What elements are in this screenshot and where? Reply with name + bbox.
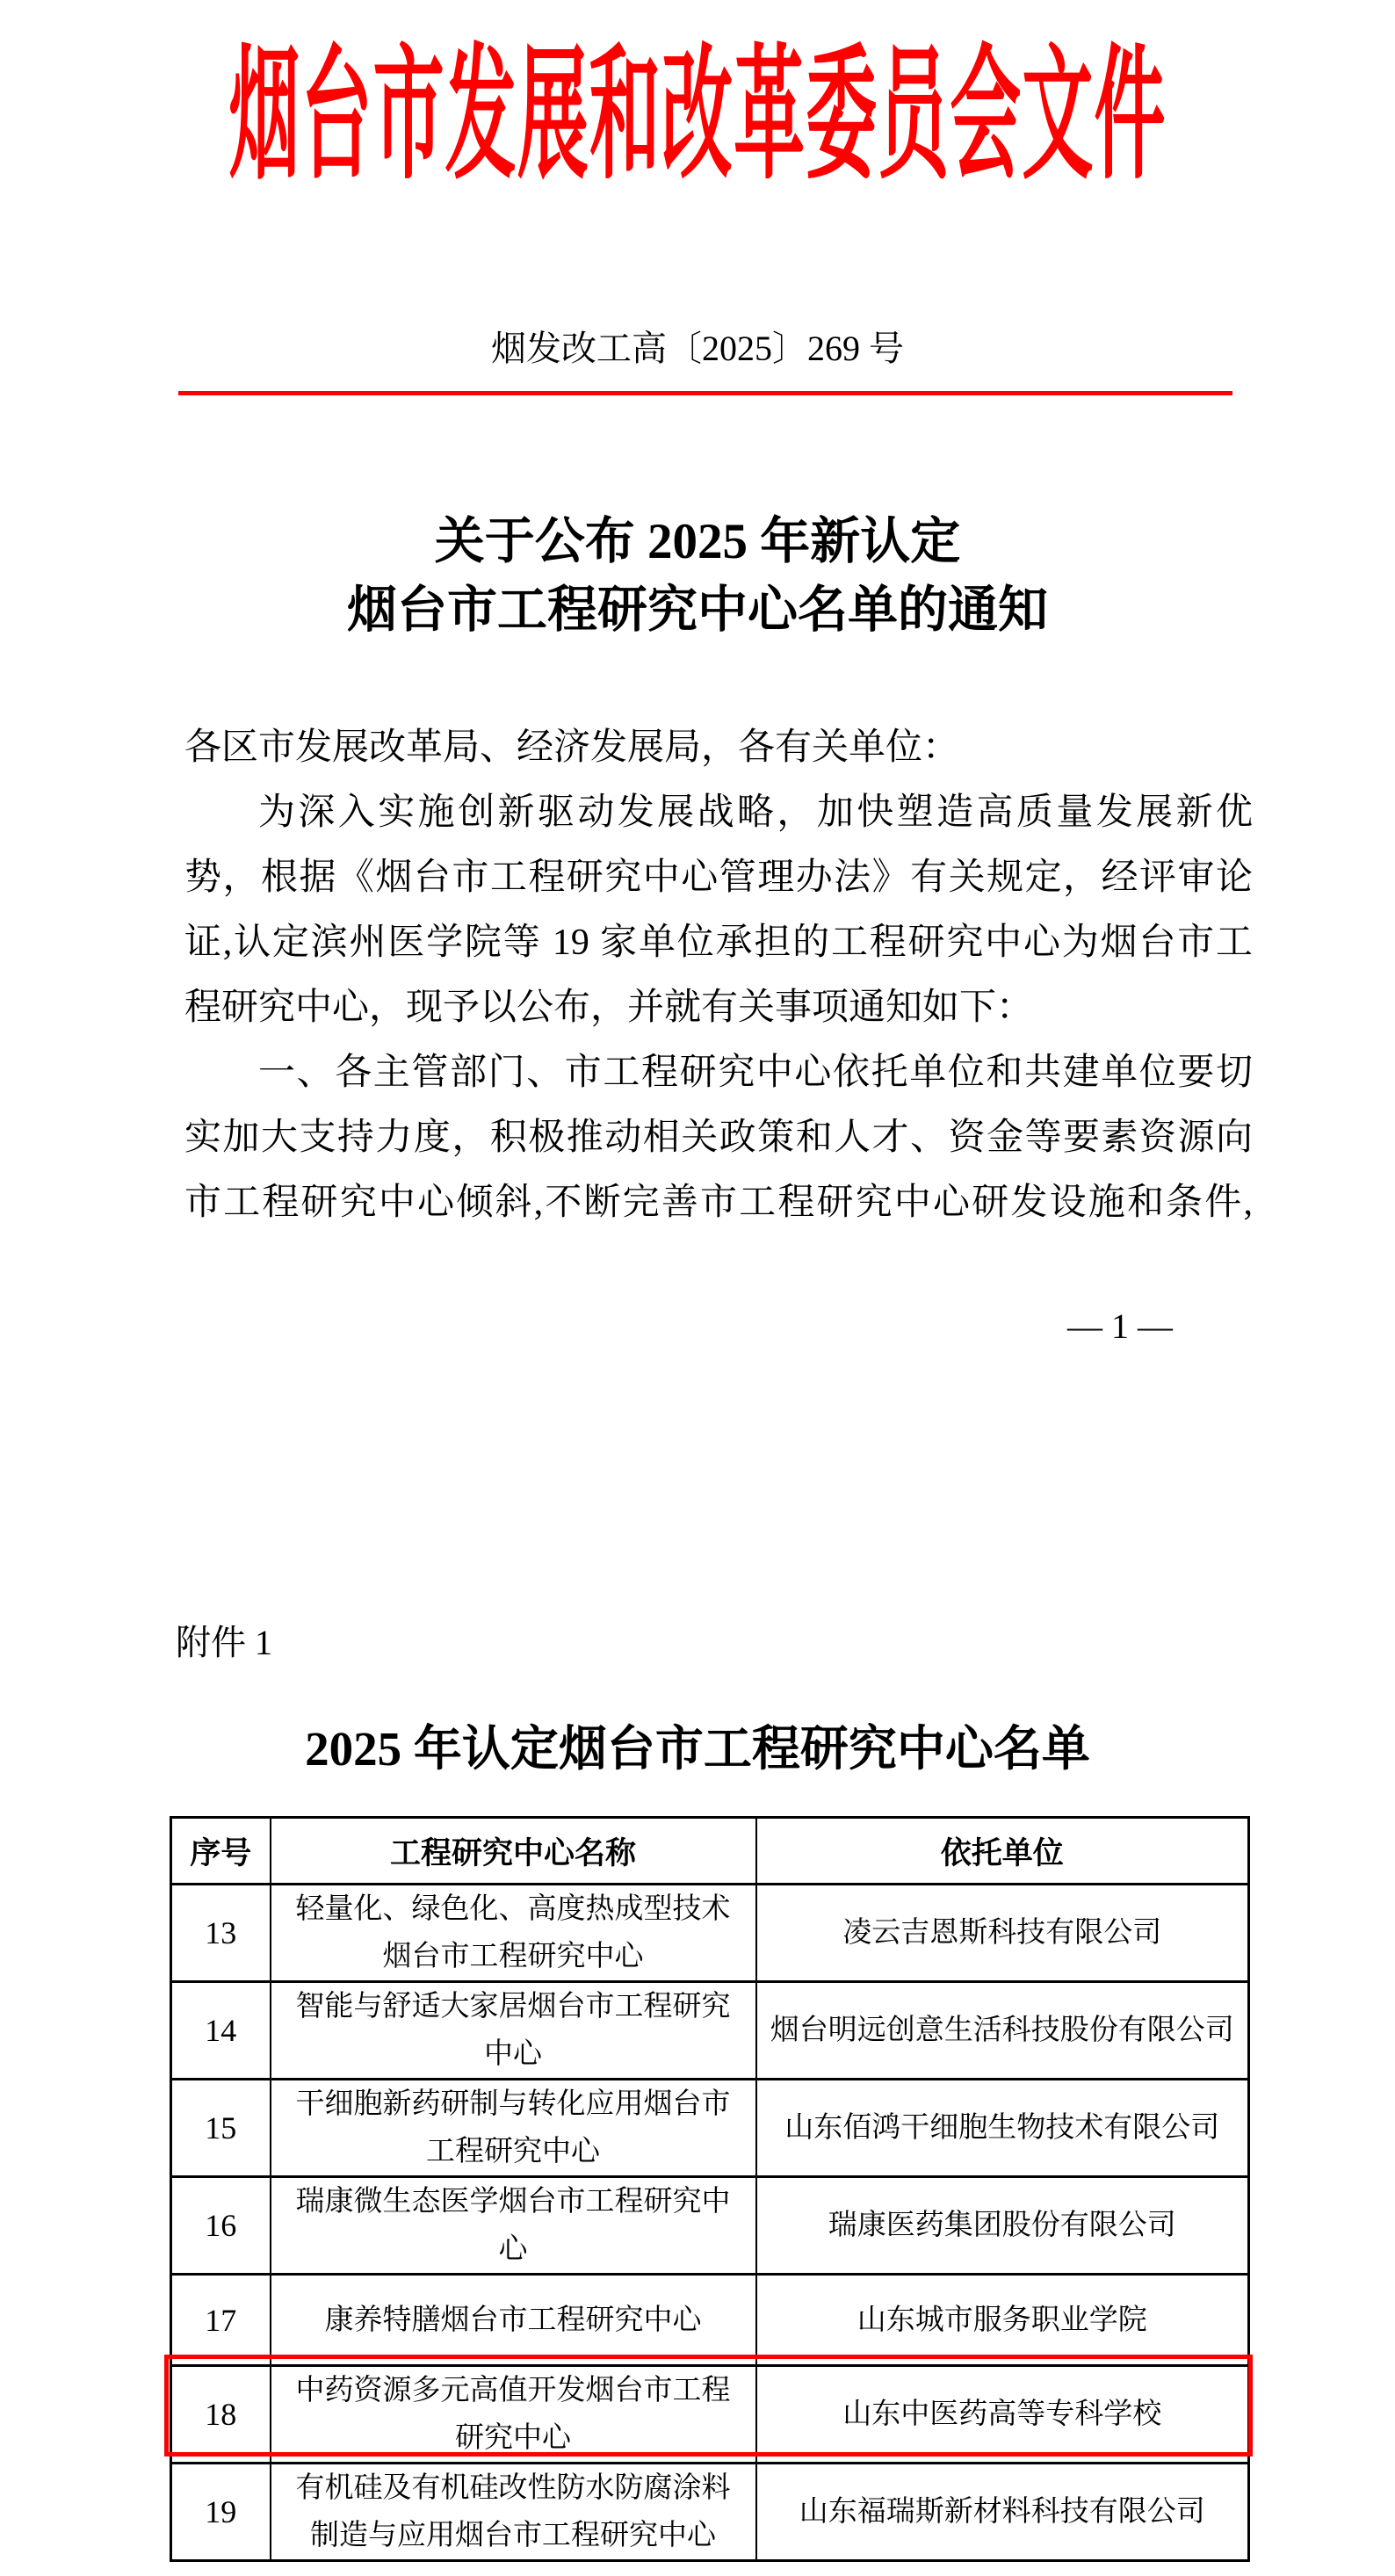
col-header-supporting-org: 依托单位 (756, 1818, 1249, 1885)
body-line: 市工程研究中心倾斜,不断完善市工程研究中心研发设施和条件, (184, 1170, 1253, 1235)
centers-table: 序号 工程研究中心名称 依托单位 13 轻量化、绿色化、高度热成型技术 烟台市工… (170, 1816, 1250, 2562)
col-header-index: 序号 (171, 1818, 271, 1885)
table-row: 13 轻量化、绿色化、高度热成型技术 烟台市工程研究中心 凌云吉恩斯科技有限公司 (171, 1885, 1249, 1982)
table-row-highlighted: 18 中药资源多元高值开发烟台市工程 研究中心 山东中医药高等专科学校 (171, 2366, 1249, 2464)
row-index: 16 (171, 2177, 271, 2275)
notice-body: 各区市发展改革局、经济发展局，各有关单位： 为深入实施创新驱动发展战略，加快塑造… (184, 715, 1253, 1235)
attachment-label: 附件 1 (176, 1615, 272, 1665)
table-row: 16 瑞康微生态医学烟台市工程研究中心 瑞康医药集团股份有限公司 (171, 2177, 1249, 2275)
table-row: 14 智能与舒适大家居烟台市工程研究中心 烟台明远创意生活科技股份有限公司 (171, 1982, 1249, 2080)
row-index: 13 (171, 1885, 271, 1982)
table-row: 17 康养特膳烟台市工程研究中心 山东城市服务职业学院 (171, 2275, 1249, 2366)
notice-title-line1: 关于公布 2025 年新认定 (0, 508, 1395, 576)
notice-title: 关于公布 2025 年新认定 烟台市工程研究中心名单的通知 (0, 508, 1395, 645)
row-org: 山东中医药高等专科学校 (756, 2366, 1249, 2464)
row-center-name: 轻量化、绿色化、高度热成型技术 烟台市工程研究中心 (271, 1885, 756, 1982)
row-index: 15 (171, 2080, 271, 2177)
row-org: 瑞康医药集团股份有限公司 (756, 2177, 1249, 2275)
agency-banner: 烟台市发展和改革委员会文件 (0, 18, 1395, 186)
row-center-name: 瑞康微生态医学烟台市工程研究中心 (271, 2177, 756, 2275)
row-index: 18 (171, 2366, 271, 2464)
document-number: 烟发改工高〔2025〕269 号 (0, 327, 1395, 371)
row-org: 山东福瑞斯新材料科技有限公司 (756, 2464, 1249, 2561)
body-line-salutation: 各区市发展改革局、经济发展局，各有关单位： (184, 715, 1253, 780)
row-org: 烟台明远创意生活科技股份有限公司 (756, 1982, 1249, 2080)
row-center-name: 康养特膳烟台市工程研究中心 (271, 2275, 756, 2366)
page-number: — 1 — (993, 1306, 1247, 1347)
body-line: 证,认定滨州医学院等 19 家单位承担的工程研究中心为烟台市工 (184, 910, 1253, 975)
notice-title-line2: 烟台市工程研究中心名单的通知 (0, 576, 1395, 645)
col-header-center-name: 工程研究中心名称 (271, 1818, 756, 1885)
table-row: 15 干细胞新药研制与转化应用烟台市 工程研究中心 山东佰鸿干细胞生物技术有限公… (171, 2080, 1249, 2177)
body-line: 程研究中心，现予以公布，并就有关事项通知如下： (184, 975, 1253, 1040)
row-center-name: 智能与舒适大家居烟台市工程研究中心 (271, 1982, 756, 2080)
body-line: 为深入实施创新驱动发展战略，加快塑造高质量发展新优 (184, 780, 1253, 845)
row-center-name: 有机硅及有机硅改性防水防腐涂料 制造与应用烟台市工程研究中心 (271, 2464, 756, 2561)
row-org: 山东佰鸿干细胞生物技术有限公司 (756, 2080, 1249, 2177)
row-org: 凌云吉恩斯科技有限公司 (756, 1885, 1249, 1982)
body-line: 实加大支持力度，积极推动相关政策和人才、资金等要素资源向 (184, 1105, 1253, 1170)
row-index: 17 (171, 2275, 271, 2366)
body-line-item-one: 一、各主管部门、市工程研究中心依托单位和共建单位要切 (184, 1040, 1253, 1105)
red-divider-line (178, 391, 1232, 395)
attachment-table-title: 2025 年认定烟台市工程研究中心名单 (0, 1710, 1395, 1779)
row-index: 14 (171, 1982, 271, 2080)
row-org: 山东城市服务职业学院 (756, 2275, 1249, 2366)
body-line: 势，根据《烟台市工程研究中心管理办法》有关规定，经评审论 (184, 845, 1253, 910)
table-row: 19 有机硅及有机硅改性防水防腐涂料 制造与应用烟台市工程研究中心 山东福瑞斯新… (171, 2464, 1249, 2561)
row-center-name: 中药资源多元高值开发烟台市工程 研究中心 (271, 2366, 756, 2464)
row-center-name: 干细胞新药研制与转化应用烟台市 工程研究中心 (271, 2080, 756, 2177)
table-header-row: 序号 工程研究中心名称 依托单位 (171, 1818, 1249, 1885)
agency-banner-text: 烟台市发展和改革委员会文件 (228, 0, 1166, 206)
document-page: 烟台市发展和改革委员会文件 烟发改工高〔2025〕269 号 关于公布 2025… (0, 0, 1395, 2576)
row-index: 19 (171, 2464, 271, 2561)
